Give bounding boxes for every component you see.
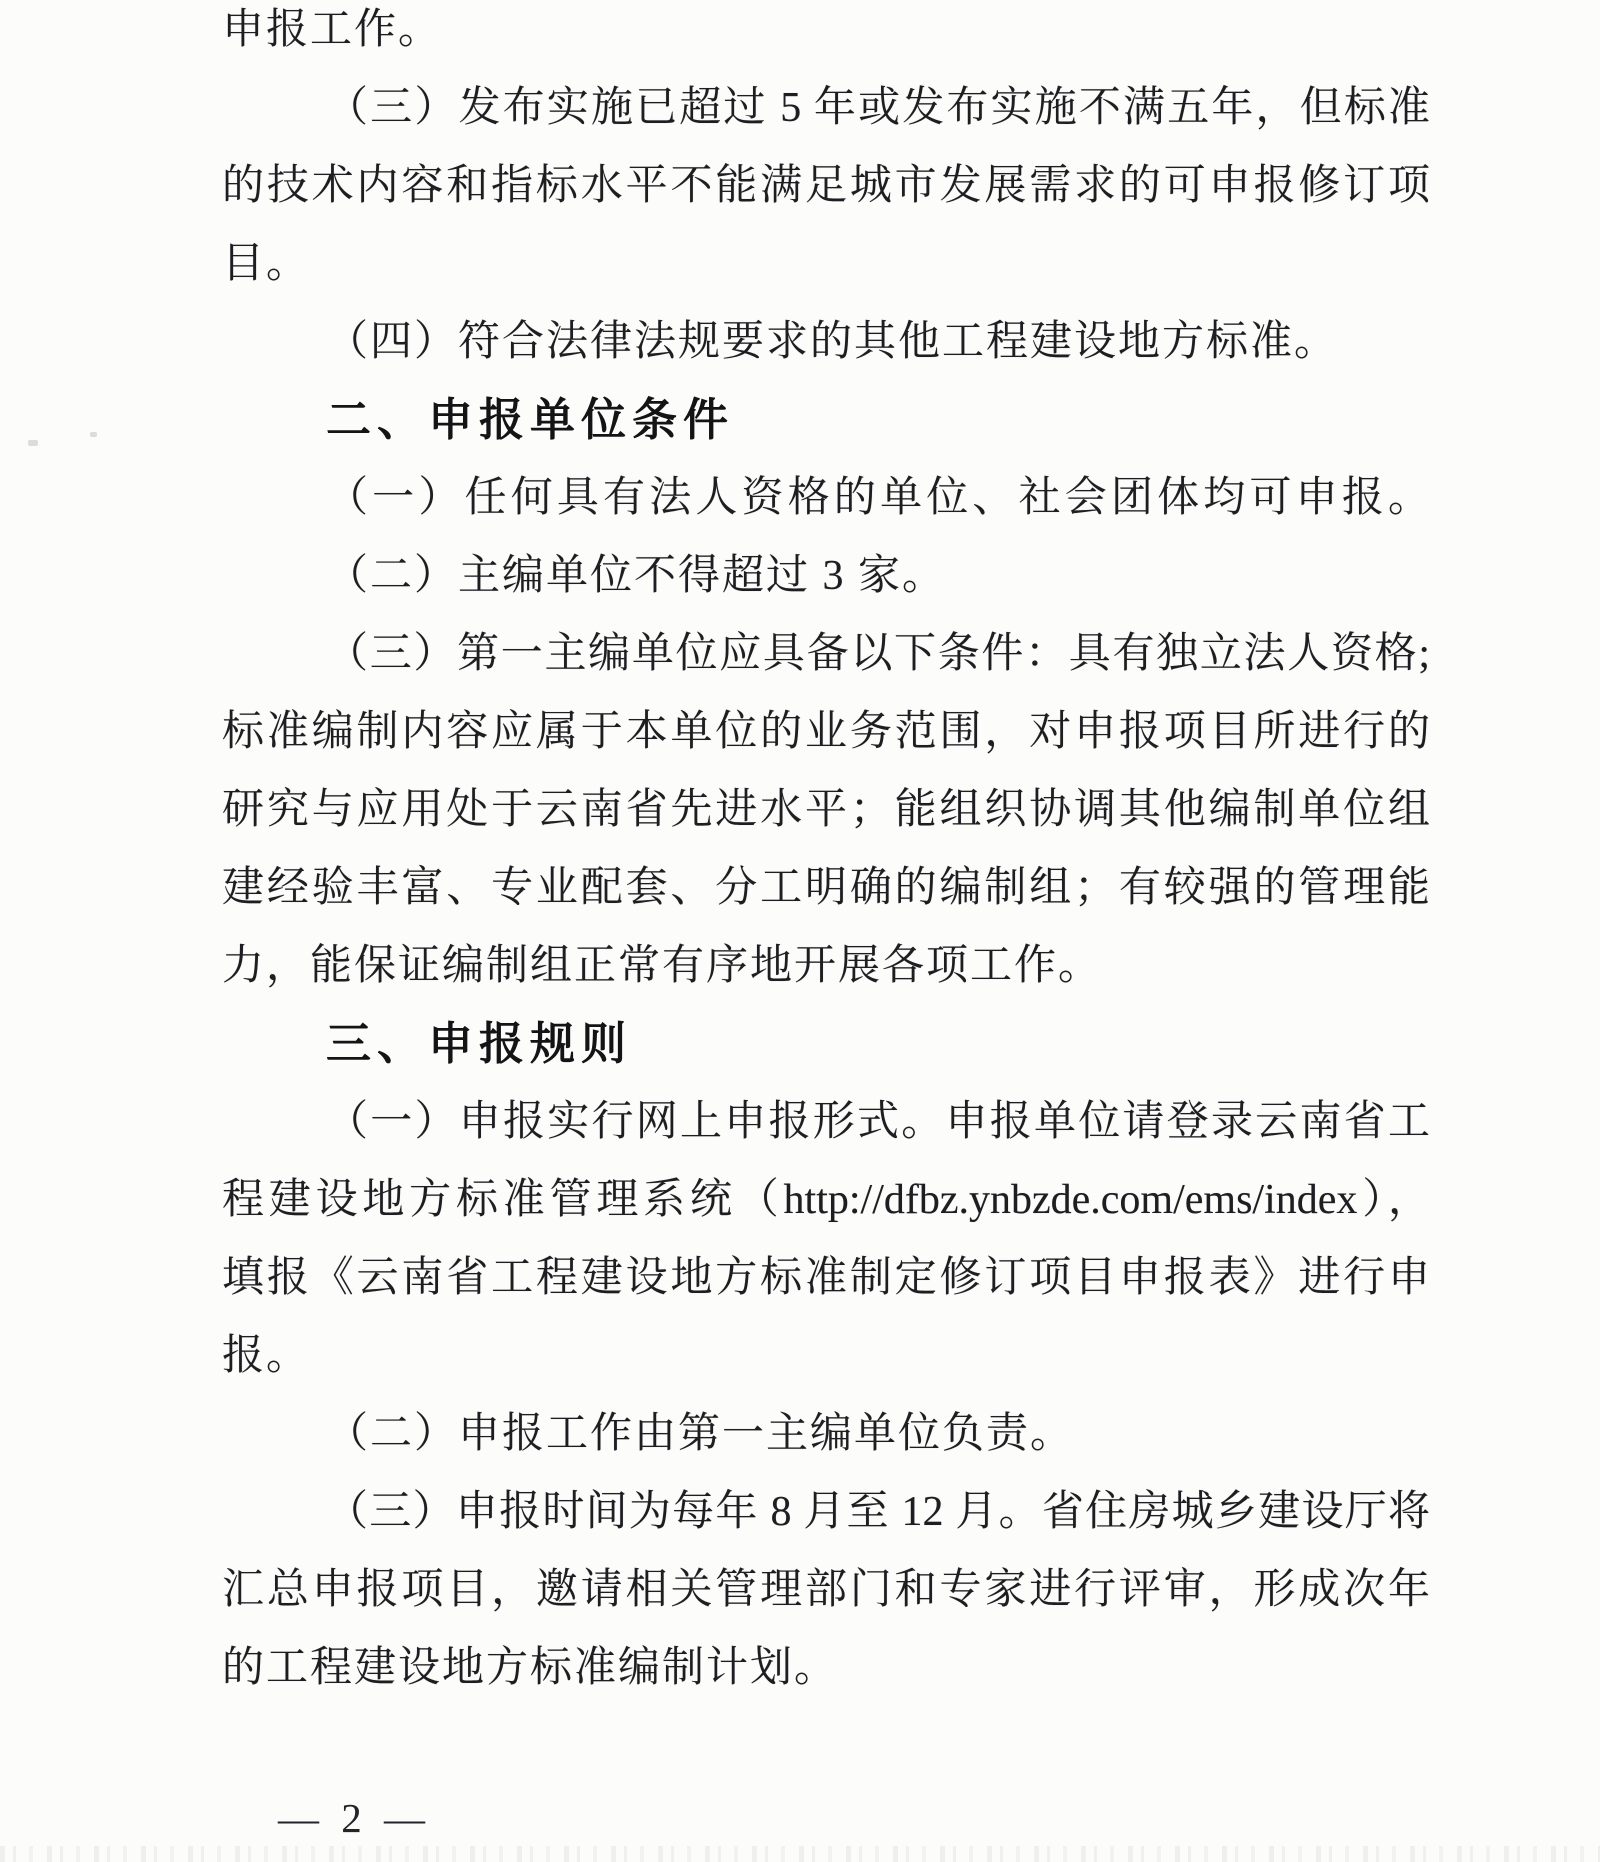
- scan-speck: [28, 440, 38, 446]
- text-line: （三）申报时间为每年 8 月至 12 月。省住房城乡建设厅将: [222, 1473, 1430, 1551]
- text-line: 程建设地方标准管理系统（http://dfbz.ynbzde.com/ems/i…: [222, 1161, 1430, 1239]
- text-line: 的工程建设地方标准编制计划。: [222, 1629, 1430, 1707]
- text-line: （二）申报工作由第一主编单位负责。: [222, 1395, 1430, 1473]
- text-line: （一）申报实行网上申报形式。申报单位请登录云南省工: [222, 1083, 1430, 1161]
- text-line: 报。: [222, 1317, 1430, 1395]
- section-heading-2: 二、申报单位条件: [222, 381, 1430, 459]
- document-body: 申报工作。 （三）发布实施已超过 5 年或发布实施不满五年，但标准 的技术内容和…: [222, 0, 1430, 1707]
- page-number: — 2 —: [278, 1788, 431, 1848]
- text-line: 的技术内容和指标水平不能满足城市发展需求的可申报修订项: [222, 147, 1430, 225]
- text-line: （四）符合法律法规要求的其他工程建设地方标准。: [222, 303, 1430, 381]
- text-line: 标准编制内容应属于本单位的业务范围，对申报项目所进行的: [222, 693, 1430, 771]
- text-line: 研究与应用处于云南省先进水平；能组织协调其他编制单位组: [222, 771, 1430, 849]
- text-line: 建经验丰富、专业配套、分工明确的编制组；有较强的管理能: [222, 849, 1430, 927]
- scan-speck: [90, 432, 97, 437]
- text-line: （一）任何具有法人资格的单位、社会团体均可申报。: [222, 459, 1430, 537]
- text-line: 汇总申报项目，邀请相关管理部门和专家进行评审，形成次年: [222, 1551, 1430, 1629]
- document-page: 申报工作。 （三）发布实施已超过 5 年或发布实施不满五年，但标准 的技术内容和…: [0, 0, 1600, 1862]
- text-line: 申报工作。: [222, 0, 1430, 69]
- section-heading-3: 三、申报规则: [222, 1005, 1430, 1083]
- text-line: （二）主编单位不得超过 3 家。: [222, 537, 1430, 615]
- text-line: 力，能保证编制组正常有序地开展各项工作。: [222, 927, 1430, 1005]
- scan-noise-band: [0, 1846, 1600, 1862]
- text-line: 填报《云南省工程建设地方标准制定修订项目申报表》进行申: [222, 1239, 1430, 1317]
- text-line: 目。: [222, 225, 1430, 303]
- text-line: （三）发布实施已超过 5 年或发布实施不满五年，但标准: [222, 69, 1430, 147]
- text-line: （三）第一主编单位应具备以下条件：具有独立法人资格;: [222, 615, 1430, 693]
